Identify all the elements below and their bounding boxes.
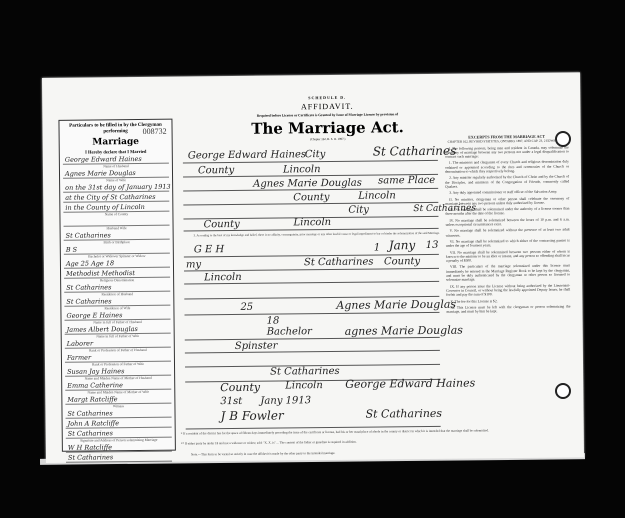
sworn-county-label: County xyxy=(220,381,260,394)
clause-4-county: Lincoln xyxy=(204,272,242,283)
clause-4-month: Jany xyxy=(389,238,416,252)
excerpt-paragraphs: I. The following persons, being men and … xyxy=(445,145,571,314)
panel-row: in the County of Lincoln xyxy=(63,202,169,213)
panel-row-value: Margt Ratcliffe xyxy=(67,395,117,404)
panel-row-value: Laborer xyxy=(67,339,93,347)
age-groom: 25 xyxy=(240,302,253,313)
sworn-county: Lincoln xyxy=(285,380,323,391)
panel-row-value: John A Ratcliffe xyxy=(68,419,120,428)
panel-row: Farmer xyxy=(65,352,171,363)
panel-row-value: W H Ratcliffe xyxy=(68,443,112,451)
panel-row: St Catharines xyxy=(66,428,172,439)
panel-row: Agnes Marie Douglas xyxy=(63,168,169,179)
rule xyxy=(185,350,440,354)
residence-county: Lincoln xyxy=(293,217,331,228)
sworn-day: 31st xyxy=(220,396,242,407)
panel-row: St Catharines xyxy=(66,452,172,463)
groom-of: City xyxy=(305,149,326,160)
affidavit-heading: AFFIDAVIT. xyxy=(182,100,472,112)
residence-county-label: County xyxy=(203,219,239,230)
excerpt-paragraph: IX. If any person issue the License with… xyxy=(446,283,570,297)
footnote-2: ** If either party be under 18 and not a… xyxy=(181,439,511,446)
clause-3-text: 3. According to the best of my knowledge… xyxy=(194,232,444,238)
panel-row-value: B S xyxy=(66,246,77,254)
affidavit-header: SCHEDULE D. AFFIDAVIT. Required before L… xyxy=(182,93,472,142)
excerpt-paragraph: XI. This License must be left with the c… xyxy=(446,304,570,314)
panel-row: Emma Catherine xyxy=(65,380,171,391)
excerpt-paragraph: V. No marriage shall be solemnized witho… xyxy=(446,228,570,238)
panel-row-value: St Catharines xyxy=(68,453,113,461)
panel-row-value: St Catharines xyxy=(66,231,111,239)
groom-signature: George Edward Haines xyxy=(345,376,475,390)
panel-row-value: St Catharines xyxy=(68,429,113,437)
footnote-1: * If a resident of the district has for … xyxy=(181,429,511,436)
excerpt-paragraph: 1. The ministers and clergymen of every … xyxy=(445,160,569,174)
issuer-place: St Catharines xyxy=(365,407,442,421)
panel-row-value: Agnes Marie Douglas xyxy=(65,169,136,178)
clause-4-year: 13 xyxy=(426,240,439,251)
binder-ring-icon xyxy=(555,383,571,399)
residence-label: City xyxy=(348,205,369,216)
panel-row-value: Age 25 Age 18 xyxy=(66,259,114,268)
rule xyxy=(185,337,440,341)
excerpts-column: EXCERPTS FROM THE MARRIAGE ACT CHAPTER 1… xyxy=(445,134,571,314)
excerpt-paragraph: 3. Any duly appointed commissioner or st… xyxy=(445,190,569,196)
panel-row: George Edward Haines xyxy=(63,154,169,165)
age-bride: 18 xyxy=(267,316,280,327)
panel-rows: George Edward HainesName of HusbandAgnes… xyxy=(60,154,175,463)
panel-row-value: George Edward Haines xyxy=(65,155,142,164)
panel-row-value: at the City of St Catharines xyxy=(65,193,155,202)
affidavit-document: Particulars to be filled in by the Clerg… xyxy=(42,72,584,463)
status-groom: Bachelor xyxy=(267,326,312,337)
excerpt-paragraph: IV. No marriage shall be solemnized betw… xyxy=(445,217,569,227)
panel-row: St Catharines xyxy=(64,230,170,241)
panel-row: Methodist Methodist xyxy=(64,268,170,279)
panel-row-value: St Catharines xyxy=(66,297,111,305)
status-bride: Spinster xyxy=(235,341,278,352)
rule xyxy=(184,312,439,316)
clause-4-place: St Catharines xyxy=(304,257,374,269)
groom-county-label: County xyxy=(198,165,234,176)
panel-row: St Catharines xyxy=(64,282,170,293)
panel-row-value: on the 31st day of January 1913 xyxy=(65,183,171,192)
form-note: Note.—This form to be varied so strictly… xyxy=(191,450,521,457)
issuer-signature: J B Fowler xyxy=(220,408,283,423)
panel-row: Laborer xyxy=(65,338,171,349)
excerpt-paragraph: VI. No marriage shall be solemnized to w… xyxy=(446,238,570,248)
panel-row-value: in the County of Lincoln xyxy=(65,203,145,212)
clergyman-particulars-panel: Particulars to be filled in by the Clerg… xyxy=(58,119,175,452)
panel-row: Susan Jay Haines xyxy=(65,366,171,377)
panel-row-value: St Catharines xyxy=(66,283,111,291)
panel-row: St Catharines xyxy=(64,296,170,307)
bride-county-label: County xyxy=(293,192,329,203)
excerpt-paragraph: II. No minister, clergyman or other pers… xyxy=(445,196,569,206)
excerpts-chapter: CHAPTER 162, REVISED STATUTES, ONTARIO, … xyxy=(445,139,569,145)
panel-row xyxy=(63,216,169,227)
excerpt-paragraph: VII. No marriage shall be solemnized bet… xyxy=(446,249,570,263)
groom-county: Lincoln xyxy=(283,164,321,175)
excerpt-paragraph: X. The fee for this License is $2. xyxy=(446,298,570,304)
panel-row: B S xyxy=(64,244,170,255)
excerpt-paragraph: 2. Any minister regularly authorized by … xyxy=(445,175,569,189)
panel-row-value: George E Haines xyxy=(66,311,122,320)
sworn-month-year: Jany 1913 xyxy=(260,395,311,407)
clause-4-pronoun: my xyxy=(186,259,201,270)
age-named: Agnes Marie Douglas xyxy=(336,298,456,312)
panel-row: James Albert Douglas xyxy=(65,324,171,335)
bride-name: Agnes Marie Douglas xyxy=(253,178,362,190)
panel-row-value: Methodist Methodist xyxy=(66,269,135,278)
panel-row-value: St Catharines xyxy=(67,409,112,417)
serial-number: 008732 xyxy=(143,127,167,136)
panel-row-value: James Albert Douglas xyxy=(67,325,138,334)
panel-row-value: Susan Jay Haines xyxy=(67,367,124,376)
clause-4-day: 1 xyxy=(374,242,380,253)
panel-title: Marriage xyxy=(60,137,172,148)
clause-4-initials: G E H xyxy=(194,244,224,255)
excerpt-paragraph: VIII. The particulars of the marriage so… xyxy=(446,264,570,282)
panel-row-value: Emma Catherine xyxy=(67,381,123,390)
sworn-place: St Catharines xyxy=(270,366,340,378)
groom-name: George Edward Haines xyxy=(188,149,306,161)
panel-row-value: Farmer xyxy=(67,354,91,362)
clause-4-type: County xyxy=(384,256,420,267)
excerpt-paragraph: III. No marriage shall be solemnized und… xyxy=(445,207,569,217)
excerpt-paragraph: I. The following persons, being men and … xyxy=(445,145,569,159)
status-named: agnes Marie Douglas xyxy=(345,324,463,338)
bride-county: Lincoln xyxy=(358,190,396,201)
rule xyxy=(184,268,439,272)
panel-row: George E Haines xyxy=(64,310,170,321)
binder-ring-icon xyxy=(555,131,571,147)
panel-row: Margt Ratcliffe xyxy=(65,394,171,405)
bride-of: same Place xyxy=(378,175,435,187)
